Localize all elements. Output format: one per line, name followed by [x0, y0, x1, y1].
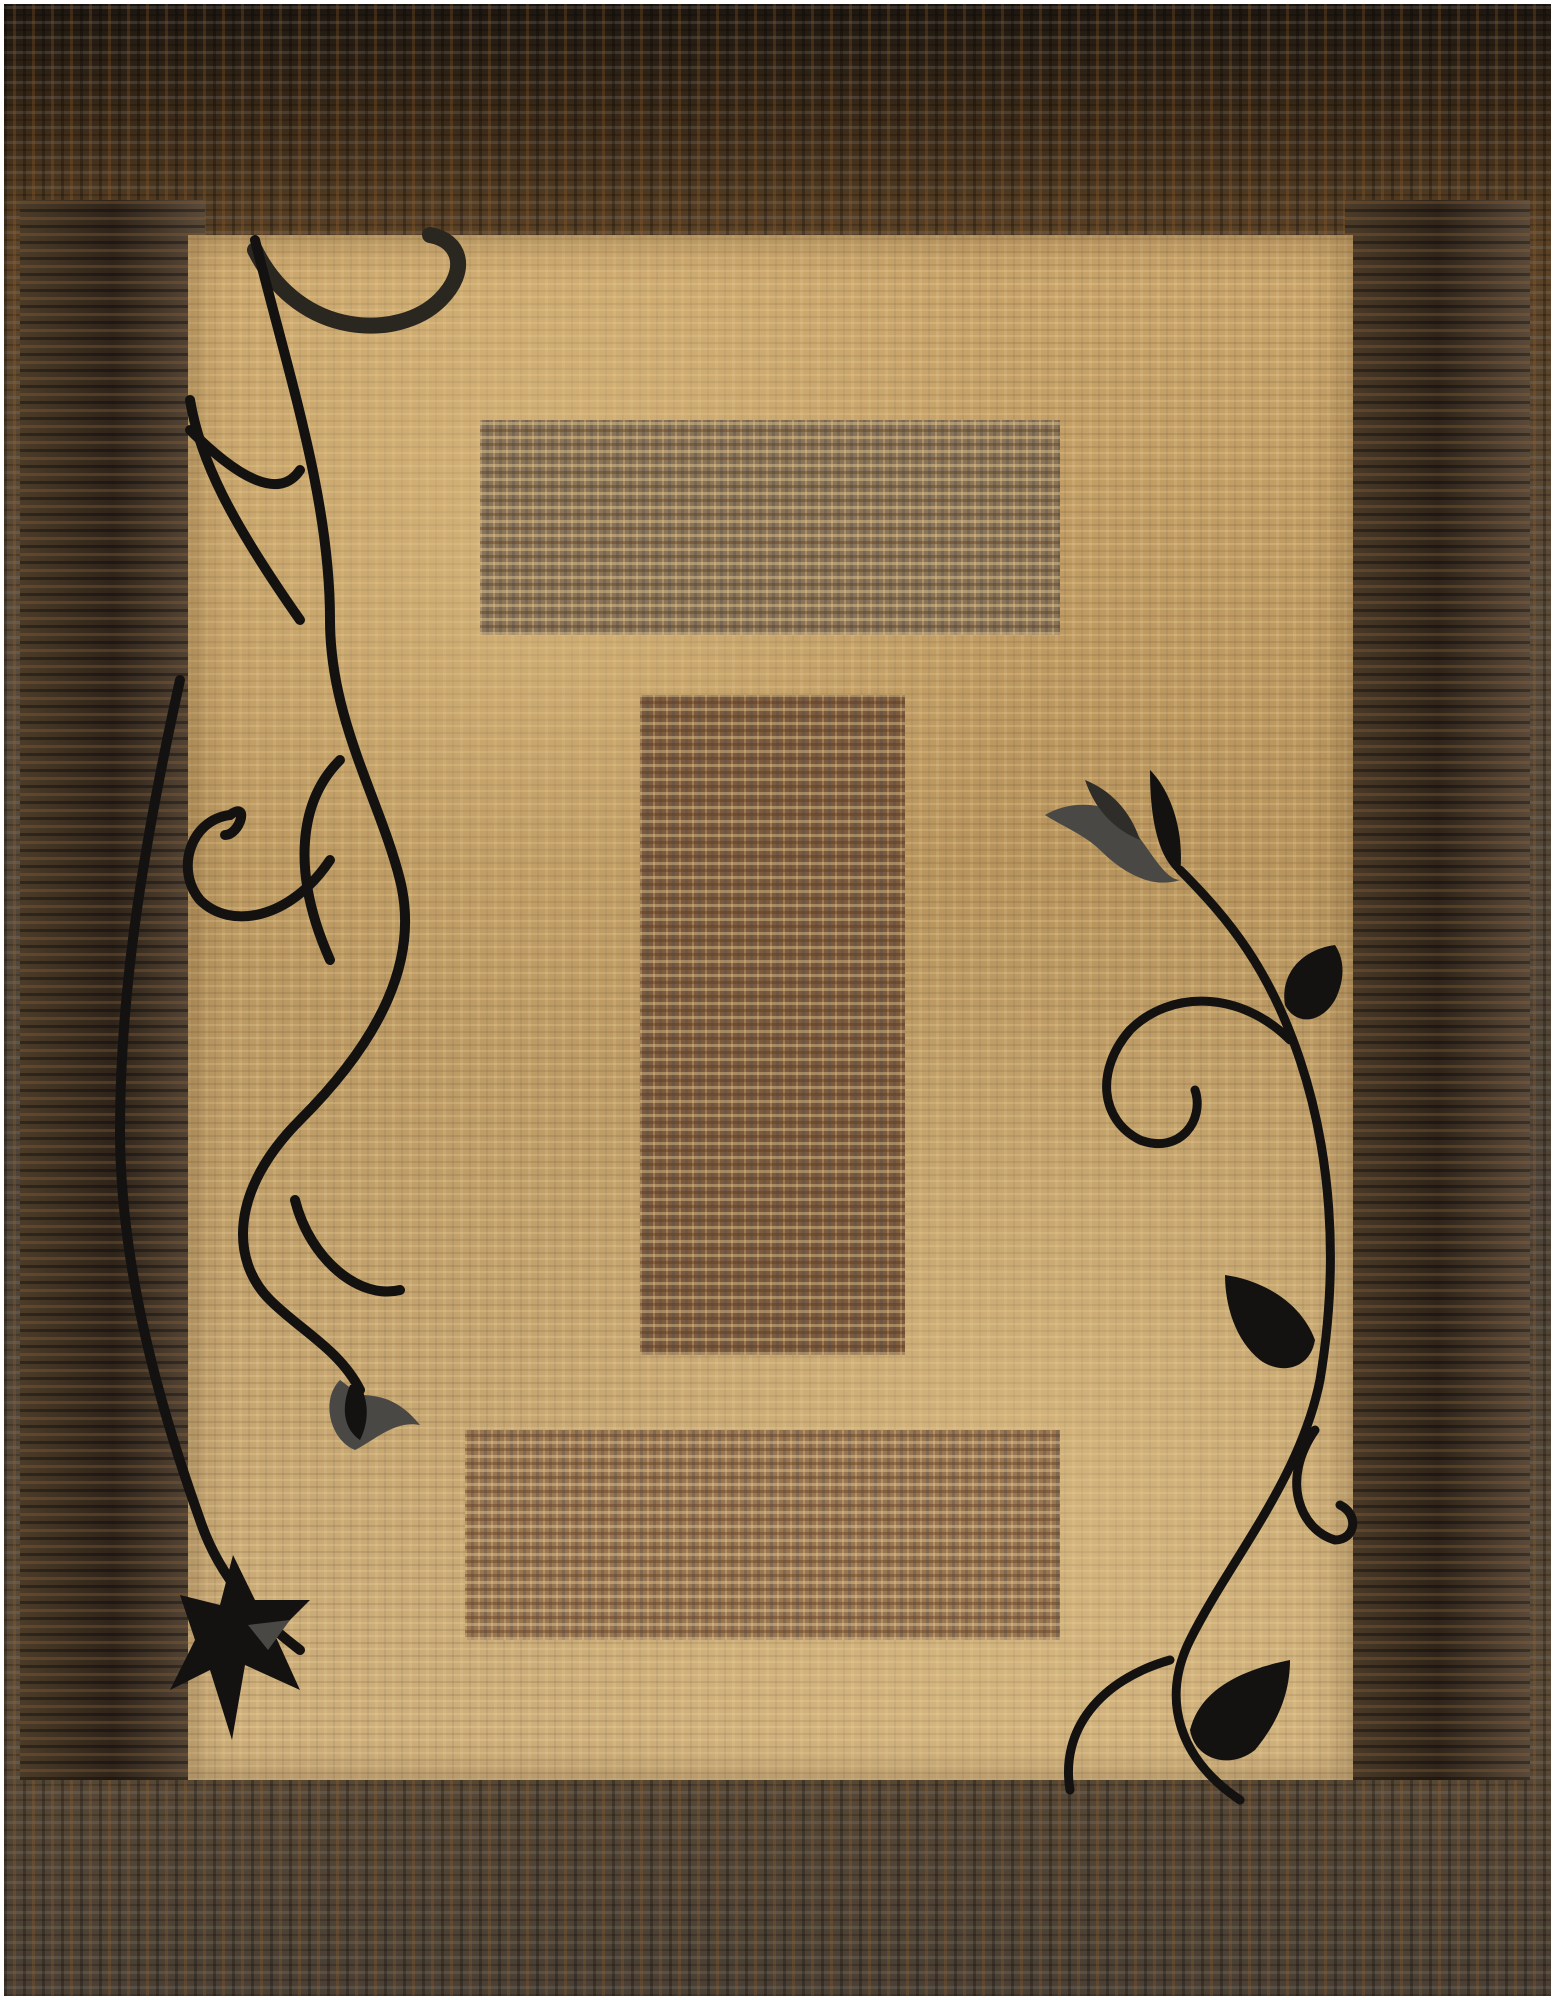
left-tulip-bud-icon: [329, 1380, 420, 1450]
right-tulip-bud-icon: [1045, 770, 1181, 883]
top-left-curl-icon: [255, 235, 458, 326]
vine-motifs: [0, 0, 1555, 2000]
